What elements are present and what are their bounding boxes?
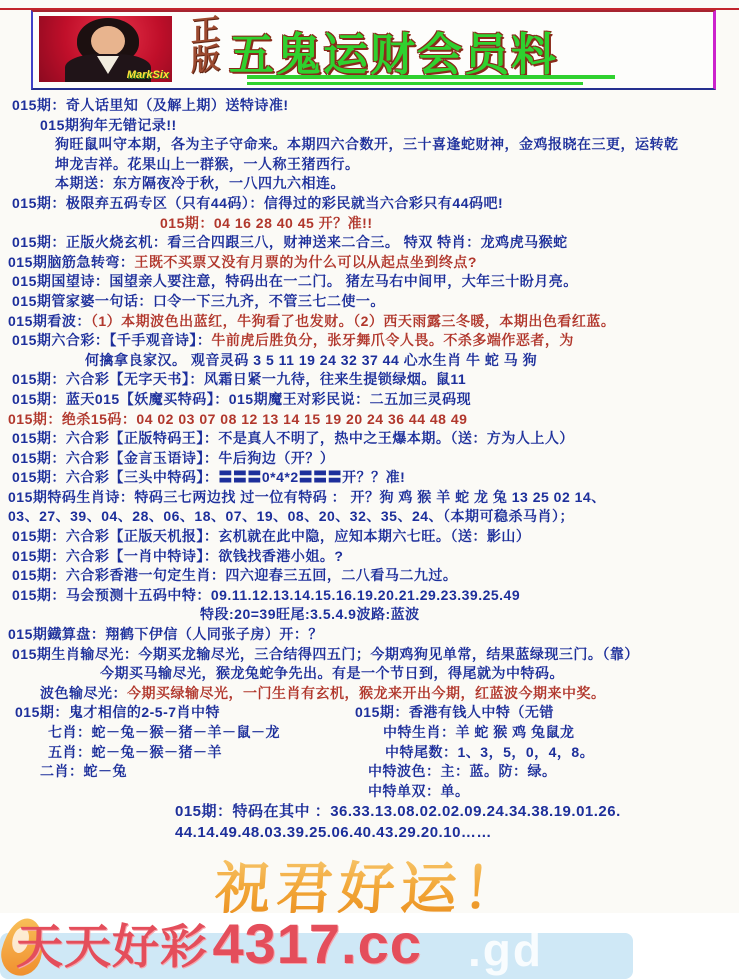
- text-line: 015期：六合彩香港一句定生肖：四六迎春三五回，二八看马二九过。: [0, 566, 739, 586]
- text-segment: 015期：正版火烧玄机：看三合四跟三八，财神送来二合三。 特双 特肖：龙鸡虎马猴…: [12, 234, 568, 250]
- text-line: 015期：六合彩【金言玉语诗】：牛后狗边（开？）: [0, 449, 739, 469]
- title-underline: [247, 75, 615, 79]
- photo-caption: MarkSix: [127, 69, 169, 81]
- text-line: 中特尾数：1、3，5，0，4，8。: [352, 743, 739, 763]
- text-segment: 015期：奇人话里知（及解上期）送特诗准!: [12, 97, 289, 113]
- text-segment: 中特单双：单。: [368, 783, 470, 799]
- text-segment: 中特波色：主：蓝。防：绿。: [368, 763, 557, 779]
- text-segment: 015期：香港有钱人中特（无错: [355, 704, 554, 720]
- closing-wish: 祝君好运！: [0, 843, 739, 917]
- text-line: 何擒拿良家汉。 观音灵码 3 5 11 19 24 32 37 44 心水生肖 …: [0, 351, 739, 371]
- text-line: 015期看波：（1）本期波色出蓝红，牛狗看了也发财。（2）西天雨露三冬暖，本期出…: [0, 312, 739, 332]
- text-line: 015期脑筋急转弯：王既不买票又没有月票的为什么可以从起点坐到终点?: [0, 253, 739, 273]
- text-line: 015期：六合彩【无字天书】：风霜日紧一九待，往来生提锁绿烟。鼠11: [0, 370, 739, 390]
- edition-label: 正版: [185, 13, 219, 75]
- text-segment: 015期：六合彩【一肖中特诗】：欲钱找香港小姐。?: [12, 548, 343, 564]
- text-line: 015期：六合彩【三头中特码】：〓〓〓0*4*2〓〓〓开？？准!: [0, 468, 739, 488]
- text-segment: 015期国望诗：国望亲人要注意，特码出在一二门。 猪左马右中间甲，大年三十盼月亮…: [12, 273, 578, 289]
- tips-text-block: 015期：奇人话里知（及解上期）送特诗准!015期狗年无错记录!!狗旺鼠叫守本期…: [0, 90, 739, 703]
- text-segment: 015期：马会预测十五码中特：09.11.12.13.14.15.16.19.2…: [12, 587, 520, 603]
- text-line: 015期特码生肖诗：特码三七两边找 过一位有特码 ： 开？狗 鸡 猴 羊 蛇 龙…: [0, 488, 739, 508]
- text-segment: 015期鐡算盘：翔鹤下伊信（人同张子房）开：？: [8, 626, 323, 642]
- text-segment: 015期六合彩：【千手观音诗】：: [12, 332, 211, 348]
- text-line: 中特波色：主：蓝。防：绿。: [352, 762, 739, 782]
- text-line: 今期买马输尽光，猴龙兔蛇争先出。有是一个节日到，得尾就为中特码。: [0, 664, 739, 684]
- text-segment: 015期：六合彩【金言玉语诗】：牛后狗边（开？）: [12, 450, 334, 466]
- text-segment: 何擒拿良家汉。 观音灵码 3 5 11 19 24 32 37 44 心水生肖 …: [85, 352, 537, 368]
- text-segment: 今期买马输尽光，猴龙兔蛇争先出。有是一个节日到，得尾就为中特码。: [100, 665, 564, 681]
- text-segment: 015期：绝杀15码：04 02 03 07 08 12 13 14 15 19…: [8, 411, 467, 427]
- text-line: 015期：正版火烧玄机：看三合四跟三八，财神送来二合三。 特双 特肖：龙鸡虎马猴…: [0, 233, 739, 253]
- text-line: 本期送：东方隔夜冷于秋，一八四九六相连。: [0, 174, 739, 194]
- text-line: 015期狗年无错记录!!: [0, 116, 739, 136]
- text-segment: 015期狗年无错记录!!: [40, 117, 177, 133]
- text-line: 015期：特码在其中 ：36.33.13.08.02.02.09.24.34.3…: [0, 801, 739, 822]
- host-photo: MarkSix: [39, 16, 172, 82]
- final-numbers-block: 015期：特码在其中 ：36.33.13.08.02.02.09.24.34.3…: [0, 801, 739, 843]
- text-segment: 中特尾数：1、3，5，0，4，8。: [385, 744, 594, 760]
- text-line: 七肖：蛇－兔－猴－猪－羊－鼠－龙: [0, 723, 352, 743]
- text-line: 坤龙吉祥。花果山上一群猴，一人称王猪西行。: [0, 155, 739, 175]
- text-segment: 015期：六合彩香港一句定生肖：四六迎春三五回，二八看马二九过。: [12, 567, 457, 583]
- two-column-section: 015期：鬼才相信的2-5-7肖中特七肖：蛇－兔－猴－猪－羊－鼠－龙五肖：蛇－兔…: [0, 703, 739, 801]
- text-segment: 015期：六合彩【正版天机报】：玄机就在此中隐，应知本期六七旺。（送：影山）: [12, 528, 530, 544]
- text-line: 015期：04 16 28 40 45 开？准!!: [0, 214, 739, 234]
- text-line: 015期六合彩：【千手观音诗】：牛前虎后胜负分，张牙舞爪令人畏。不杀多端作恶者，…: [0, 331, 739, 351]
- text-segment: 015期特码生肖诗：特码三七两边找 过一位有特码 ： 开？狗 鸡 猴 羊 蛇 龙…: [8, 489, 606, 505]
- text-line: 015期管家婆一句话：口令一下三九齐，不管三七二使一。: [0, 292, 739, 312]
- text-line: 中特生肖：羊 蛇 猴 鸡 兔鼠龙: [352, 723, 739, 743]
- text-segment: 015期：鬼才相信的2-5-7肖中特: [15, 704, 220, 720]
- text-segment: 狗旺鼠叫守本期，各为主子守命来。本期四六合数开，三十喜逢蛇财神，金鸡报晓在三更，…: [55, 136, 679, 152]
- text-segment: （1）本期波色出蓝红，牛狗看了也发财。（2）西天雨露三冬暖，本期出色看红蓝。: [91, 313, 616, 329]
- column-left: 015期：鬼才相信的2-5-7肖中特七肖：蛇－兔－猴－猪－羊－鼠－龙五肖：蛇－兔…: [0, 703, 352, 801]
- text-segment: 五肖：蛇－兔－猴－猪－羊: [48, 744, 222, 760]
- footer-watermark: .gd: [468, 923, 543, 977]
- text-line: 015期：奇人话里知（及解上期）送特诗准!: [0, 96, 739, 116]
- text-segment: 015期：特码在其中 ：36.33.13.08.02.02.09.24.34.3…: [175, 803, 621, 820]
- text-segment: 中特生肖：羊 蛇 猴 鸡 兔鼠龙: [383, 724, 575, 740]
- text-line: 015期：蓝天015【妖魔买特码】：015期魔王对彩民说：二五加三灵码现: [0, 390, 739, 410]
- text-segment: 015期：六合彩【正版特码王】：不是真人不明了，热中之王爆本期。（送：方为人上人…: [12, 430, 574, 446]
- text-segment: 015期：六合彩【无字天书】：风霜日紧一九待，往来生提锁绿烟。鼠11: [12, 371, 466, 387]
- text-segment: 015期看波：: [8, 313, 91, 329]
- text-segment: 44.14.49.48.03.39.25.06.40.43.29.20.10……: [175, 824, 492, 841]
- text-line: 44.14.49.48.03.39.25.06.40.43.29.20.10……: [0, 822, 739, 843]
- text-line: 狗旺鼠叫守本期，各为主子守命来。本期四六合数开，三十喜逢蛇财神，金鸡报晓在三更，…: [0, 135, 739, 155]
- title-underline-2: [247, 82, 583, 85]
- text-line: 015期：六合彩【正版天机报】：玄机就在此中隐，应知本期六七旺。（送：影山）: [0, 527, 739, 547]
- photo-face-shape: [91, 26, 125, 56]
- text-line: 波色输尽光：今期买绿输尽光，一门生肖有玄机，猴龙来开出今期，红蓝波今期来中奖。: [0, 684, 739, 704]
- text-line: 五肖：蛇－兔－猴－猪－羊: [0, 743, 352, 763]
- text-line: 中特单双：单。: [352, 782, 739, 802]
- text-line: 015期：香港有钱人中特（无错: [352, 703, 739, 723]
- text-segment: 七肖：蛇－兔－猴－猪－羊－鼠－龙: [48, 724, 280, 740]
- column-right: 015期：香港有钱人中特（无错中特生肖：羊 蛇 猴 鸡 兔鼠龙中特尾数：1、3，…: [352, 703, 739, 801]
- text-line: 015期鐡算盘：翔鹤下伊信（人同张子房）开：？: [0, 625, 739, 645]
- text-segment: 03、27、39、04、28、06、18、07、19、08、20、32、35、2…: [8, 508, 574, 524]
- text-segment: 015期：极限弃五码专区（只有44码）：信得过的彩民就当六合彩只有44码吧!: [12, 195, 503, 211]
- text-segment: 波色输尽光：: [40, 685, 127, 701]
- text-segment: 015期：蓝天015【妖魔买特码】：015期魔王对彩民说：二五加三灵码现: [12, 391, 471, 407]
- text-segment: 015期：04 16 28 40 45 开？准!!: [160, 215, 373, 231]
- text-line: 二肖：蛇－兔: [0, 762, 352, 782]
- text-line: 特段:20=39旺尾:3.5.4.9波路:蓝波: [0, 605, 739, 625]
- page-title: 五鬼运财会员料: [229, 18, 558, 83]
- text-line: 015期国望诗：国望亲人要注意，特码出在一二门。 猪左马右中间甲，大年三十盼月亮…: [0, 272, 739, 292]
- text-segment: 王既不买票又没有月票的为什么可以从起点坐到终点?: [134, 254, 477, 270]
- text-segment: 本期送：东方隔夜冷于秋，一八四九六相连。: [55, 175, 345, 191]
- text-line: 015期：马会预测十五码中特：09.11.12.13.14.15.16.19.2…: [0, 586, 739, 606]
- text-segment: 015期生肖输尽光：今期买龙输尽光，三合结得四五门；今期鸡狗见单常，结果蓝绿现三…: [12, 646, 639, 662]
- footer-site-domain: 4317.cc: [212, 912, 421, 975]
- text-segment: 坤龙吉祥。花果山上一群猴，一人称王猪西行。: [55, 156, 360, 172]
- text-segment: 二肖：蛇－兔: [40, 763, 127, 779]
- masthead: MarkSix 正版 五鬼运财会员料: [31, 10, 716, 90]
- footer-site: 天天好彩 4317.cc: [16, 910, 422, 977]
- text-line: 015期：六合彩【一肖中特诗】：欲钱找香港小姐。?: [0, 547, 739, 567]
- footer-banner: .gd 天天好彩 4317.cc: [0, 913, 739, 979]
- text-segment: 牛前虎后胜负分，张牙舞爪令人畏。不杀多端作恶者，为: [211, 332, 574, 348]
- text-line: 015期：绝杀15码：04 02 03 07 08 12 13 14 15 19…: [0, 410, 739, 430]
- text-segment: 特段:20=39旺尾:3.5.4.9波路:蓝波: [200, 606, 420, 622]
- text-line: 015期：六合彩【正版特码王】：不是真人不明了，热中之王爆本期。（送：方为人上人…: [0, 429, 739, 449]
- text-line: 015期：极限弃五码专区（只有44码）：信得过的彩民就当六合彩只有44码吧!: [0, 194, 739, 214]
- text-line: 015期生肖输尽光：今期买龙输尽光，三合结得四五门；今期鸡狗见单常，结果蓝绿现三…: [0, 645, 739, 665]
- text-segment: 今期买绿输尽光，一门生肖有玄机，猴龙来开出今期，红蓝波今期来中奖。: [127, 685, 606, 701]
- text-segment: 015期：六合彩【三头中特码】：〓〓〓0*4*2〓〓〓开？？准!: [12, 469, 405, 485]
- text-line: 03、27、39、04、28、06、18、07、19、08、20、32、35、2…: [0, 507, 739, 527]
- footer-site-name: 天天好彩: [16, 920, 208, 973]
- text-segment: 015期脑筋急转弯：: [8, 254, 134, 270]
- text-line: 015期：鬼才相信的2-5-7肖中特: [0, 703, 352, 723]
- text-segment: 015期管家婆一句话：口令一下三九齐，不管三七二使一。: [12, 293, 385, 309]
